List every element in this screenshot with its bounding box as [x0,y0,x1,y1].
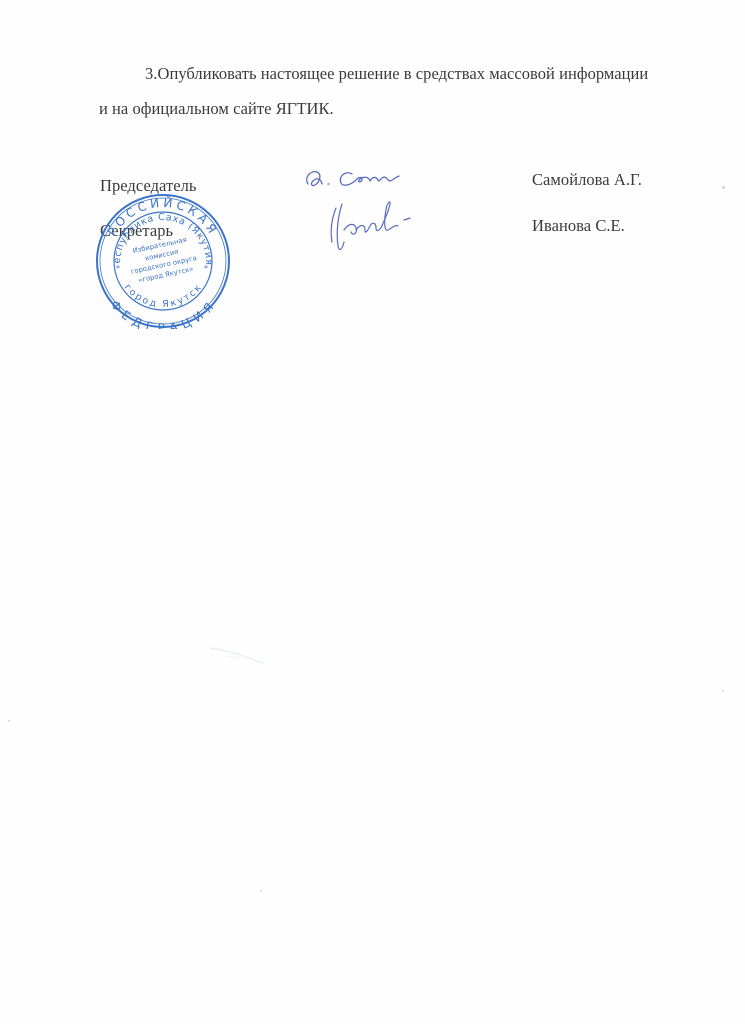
svg-text:город Якутск: город Якутск [122,282,205,310]
scan-speck [722,186,725,189]
svg-text:*: * [116,264,120,273]
official-stamp-icon: РОССИЙСКАЯ ФЕДЕРАЦИЯ Республика Саха (Як… [94,193,232,329]
scan-speck [260,890,262,892]
document-page: 3.Опубликовать настоящее решение в средс… [0,0,745,1024]
paragraph-line-2: и на официальном сайте ЯГТИК. [99,99,334,119]
secretary-name: Иванова С.Е. [532,216,625,236]
scan-speck [8,720,10,722]
svg-text:*: * [204,264,208,273]
secretary-signature-icon [318,190,418,260]
scan-speck [722,690,724,692]
chairman-name: Самойлова А.Г. [532,170,642,190]
scan-artifact [205,640,275,670]
paragraph-line-1: 3.Опубликовать настоящее решение в средс… [145,64,648,84]
